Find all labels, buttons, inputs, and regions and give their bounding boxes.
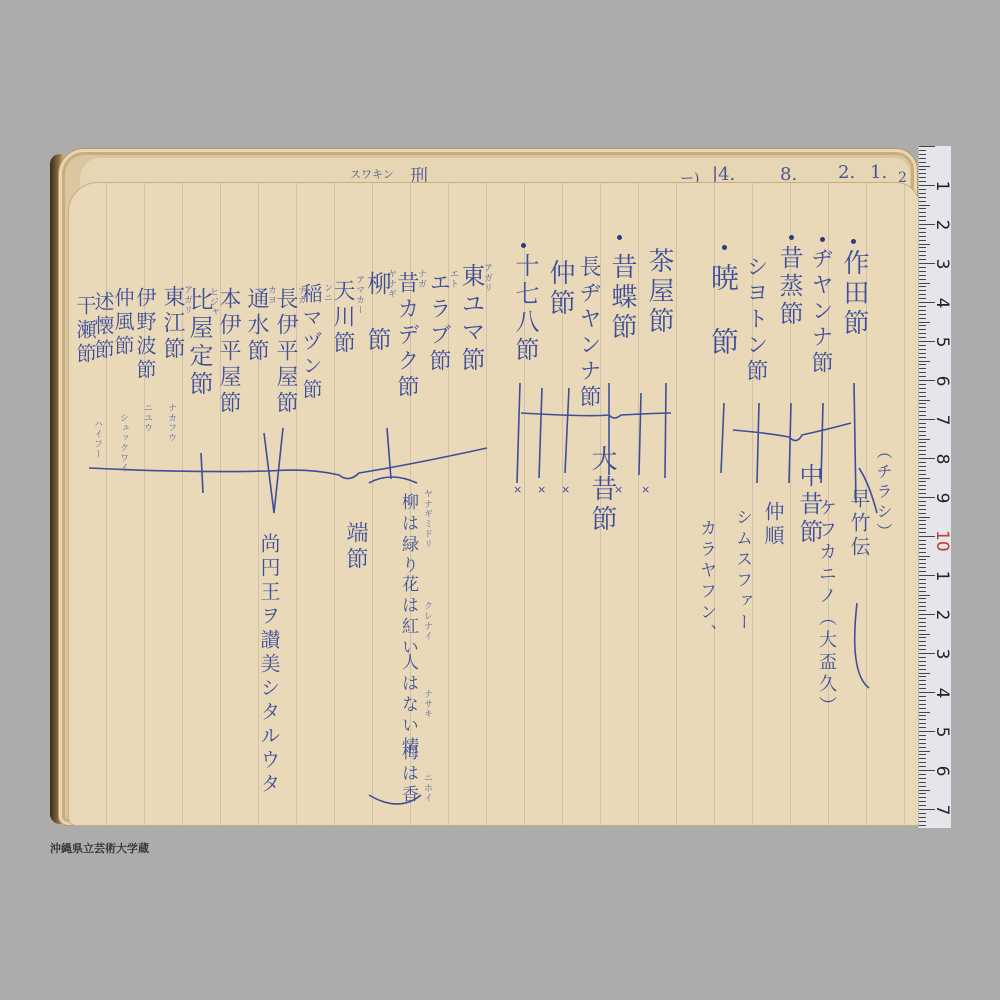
bullet-dot (789, 235, 794, 240)
ruler-tick (919, 610, 926, 611)
ruler-tick (919, 778, 926, 779)
ruler-tick (919, 220, 926, 221)
song-note: カラヤフン、 (697, 519, 714, 645)
ruler-tick (919, 805, 926, 806)
ruler-tick (919, 232, 926, 233)
ruler-number: 4 (932, 296, 952, 310)
ruby-reading: ナガ (415, 269, 428, 289)
ruler-tick (919, 283, 930, 284)
x-mark: × (513, 483, 522, 496)
ruler-tick (919, 146, 935, 147)
ruler-tick (919, 517, 930, 518)
ruler-tick (919, 450, 926, 451)
ruler-tick (919, 271, 926, 272)
ruler-tick (919, 173, 926, 174)
ruler-number: 6 (932, 374, 952, 388)
ruler-number: 1 (932, 179, 952, 193)
song-title: 昔蝶節 (609, 253, 635, 343)
song-title: エラブ節 (427, 271, 449, 375)
ruler-tick (919, 478, 930, 479)
ruler-tick (919, 353, 926, 354)
ruler-tick (919, 208, 926, 209)
ruler-tick (919, 708, 926, 709)
ruby-reading: エト (447, 269, 460, 289)
ruler-number: 4 (932, 686, 952, 700)
ruler-tick (919, 162, 926, 163)
notebook-page: 作田節 ヂヤンナ節 昔蒸節 シヨトン節 暁 節 中昔節 早竹伝 ケフカニノ（大盃… (68, 182, 920, 826)
top-number-3: 2. (838, 162, 855, 183)
ruler-tick (919, 754, 926, 755)
ruler-tick (919, 825, 926, 826)
ruler-tick (919, 427, 926, 428)
bullet-dot (722, 245, 727, 250)
ruler-tick (919, 485, 926, 486)
ruler-tick (919, 294, 926, 295)
ruler-tick (919, 466, 926, 467)
ruler-tick (919, 205, 930, 206)
bullet-dot (617, 235, 622, 240)
ruler-number: 3 (932, 257, 952, 271)
ruler-tick (919, 680, 926, 681)
ruler-tick (919, 349, 926, 350)
ruler-tick (919, 505, 926, 506)
song-title: 本伊平屋節 (217, 287, 239, 417)
ruler-tick (919, 236, 926, 237)
song-title: 長伊平屋節 (274, 287, 296, 417)
x-mark: × (641, 483, 650, 496)
bullet-dot (851, 239, 856, 244)
ruby-reading: ナガ (295, 285, 308, 305)
ruler-tick (919, 216, 926, 217)
ruler-tick (919, 431, 926, 432)
ruler-tick (919, 762, 926, 763)
ruler-tick (919, 595, 930, 596)
ruler-number: 2 (932, 608, 952, 622)
song-title: 伊野波節 (135, 287, 155, 383)
ruler-tick (919, 400, 930, 401)
ruler-tick (919, 286, 926, 287)
ruler-tick (919, 392, 926, 393)
ruler-tick (919, 563, 926, 564)
song-title: 長ヂヤンナ節 (577, 255, 599, 411)
ruby-reading: ヤナギ (385, 269, 398, 299)
ruler-tick (919, 150, 926, 151)
ruler-tick (919, 325, 926, 326)
ruler-tick (919, 376, 926, 377)
ruler-tick (919, 552, 926, 553)
top-number-4: 1. (870, 162, 887, 183)
ruler-tick (919, 384, 926, 385)
ruler-number: 2 (932, 218, 952, 232)
ruler-tick (919, 817, 926, 818)
song-title: 東江節 (161, 285, 183, 363)
ruler-tick (919, 177, 926, 178)
ruler-tick (919, 618, 926, 619)
ruler-tick (919, 637, 926, 638)
ruler-tick (919, 821, 926, 822)
ruby-reading: アガリ (181, 285, 194, 315)
ruler-tick (919, 310, 926, 311)
ruler-number: 5 (932, 725, 952, 739)
ruler-tick (919, 158, 926, 159)
song-note: ケフカニノ（大盃久） (817, 498, 835, 718)
ruler-tick (919, 559, 926, 560)
ruler-number: 5 (932, 335, 952, 349)
lyric-line: 花は紅い (399, 575, 416, 659)
ruler-tick (919, 758, 926, 759)
ruler-tick (919, 727, 926, 728)
branch-note: 尚円王ヲ讃美シタルウタ (259, 533, 279, 797)
ruler-tick (919, 583, 926, 584)
ruler-tick (919, 567, 926, 568)
ruler-tick (919, 357, 926, 358)
ruler-tick (919, 622, 926, 623)
ruler-tick (919, 251, 926, 252)
lyric-line: 柳は緑り (399, 493, 416, 577)
ruby-reading: アマカー (353, 275, 366, 315)
group-label: 大昔節 (589, 445, 615, 535)
ruler-tick (919, 462, 926, 463)
notebook-photo: スワキン 刑 ー) |4. 8. 2. 1. 2 (50, 146, 950, 828)
ruler-tick (919, 314, 926, 315)
top-note-left: スワキン (350, 166, 394, 182)
ruler-tick (919, 193, 926, 194)
ruler-tick (919, 696, 926, 697)
ruler-tick (919, 634, 930, 635)
ruler-tick (919, 700, 926, 701)
ruler-tick (919, 657, 926, 658)
ruler-tick (919, 665, 926, 666)
ruler-tick (919, 279, 926, 280)
ruler-tick (919, 435, 926, 436)
ruler-tick (919, 267, 926, 268)
ruler-number: 7 (932, 413, 952, 427)
ruler-tick (919, 201, 926, 202)
song-title: 十七八節 (513, 253, 537, 365)
ruler-tick (919, 751, 930, 752)
ruler-tick (919, 715, 926, 716)
ruler-tick (919, 661, 926, 662)
ruler-tick (919, 470, 926, 471)
ruler-tick (919, 244, 930, 245)
ruler-tick (919, 442, 926, 443)
ruler-tick (919, 673, 930, 674)
ruler-tick (919, 688, 926, 689)
song-title: 干瀬節 (75, 295, 95, 367)
ruler-tick (919, 719, 926, 720)
ruby-reading: ナカフウ (165, 403, 178, 443)
ruler-tick (919, 676, 926, 677)
song-note: 仲順 (763, 501, 783, 549)
ruler-tick (919, 786, 926, 787)
ruler-tick (919, 548, 926, 549)
ruler-tick (919, 368, 926, 369)
measurement-ruler: 123456789101234567 (918, 146, 951, 828)
song-title: 仲風節 (113, 287, 133, 359)
ruler-tick (919, 556, 930, 557)
ruler-tick (919, 407, 926, 408)
x-mark: × (561, 483, 570, 496)
ruler-tick (919, 240, 926, 241)
ruler-tick (919, 598, 926, 599)
ruler-tick (919, 801, 926, 802)
ruby-reading: クレナイ (421, 601, 434, 641)
ruler-tick (919, 540, 926, 541)
ruler-tick (919, 544, 926, 545)
ruler-tick (919, 396, 926, 397)
lyric-line: 梅は香 (399, 743, 416, 806)
paren-note: （チラシ） (875, 443, 891, 543)
ruler-tick (919, 298, 926, 299)
ruler-number: 6 (932, 764, 952, 778)
x-mark: × (614, 483, 623, 496)
ruler-tick (919, 474, 926, 475)
ruler-tick (919, 501, 926, 502)
ruler-tick (919, 372, 926, 373)
ruler-tick (919, 247, 926, 248)
ruby-reading: カヨ (265, 285, 278, 305)
ruby-reading: ハイフー (91, 419, 104, 459)
ruby-reading: ヒジャ (207, 287, 220, 317)
ruler-tick (919, 255, 926, 256)
ruler-tick (919, 197, 926, 198)
ruler-number: 7 (932, 803, 952, 817)
ruler-tick (919, 388, 926, 389)
branch-label: 端節 (344, 521, 366, 573)
ruler-tick (919, 735, 926, 736)
ruler-tick (919, 712, 930, 713)
ruler-tick (919, 684, 926, 685)
song-title: 仲節 (547, 259, 573, 319)
ruler-tick (919, 520, 926, 521)
ruler-tick (919, 423, 926, 424)
collection-caption: 沖縄県立芸術大学蔵 (50, 840, 149, 856)
ruler-tick (919, 345, 926, 346)
ruby-reading: ニホイ (421, 773, 434, 803)
ruler-tick (919, 813, 926, 814)
song-title: 昔蒸節 (777, 245, 801, 329)
ruler-tick (919, 790, 930, 791)
ruler-tick (919, 403, 926, 404)
ruler-tick (919, 415, 926, 416)
ruler-tick (919, 166, 930, 167)
song-title: シヨトン節 (744, 255, 766, 385)
ruler-tick (919, 446, 926, 447)
ruler-tick (919, 322, 930, 323)
ruler-tick (919, 337, 926, 338)
ruler-tick (919, 747, 926, 748)
song-title: 昔カデク節 (395, 271, 417, 401)
ruler-tick (919, 669, 926, 670)
ruby-reading: ミドリ (421, 519, 434, 549)
song-title: 作田節 (841, 249, 867, 339)
ruler-tick (919, 189, 926, 190)
ruby-reading: ンニ (321, 283, 334, 303)
bullet-dot (521, 243, 526, 248)
song-title: ヂヤンナ節 (809, 247, 831, 377)
ruler-tick (919, 509, 926, 510)
x-mark: × (537, 483, 546, 496)
ruby-reading: ナサキ (421, 689, 434, 719)
ruler-tick (919, 602, 926, 603)
ruler-number: 1 (932, 569, 952, 583)
ruler-tick (919, 513, 926, 514)
ruler-number: 9 (932, 491, 952, 505)
ruler-tick (919, 318, 926, 319)
ruler-tick (919, 743, 926, 744)
song-note: 早竹伝 (849, 488, 869, 560)
ruler-tick (919, 793, 926, 794)
ruler-number: 3 (932, 647, 952, 661)
ruler-tick (919, 587, 926, 588)
ruler-tick (919, 454, 926, 455)
ruler-number: 10 (932, 530, 952, 544)
song-title: 東ユマ節 (459, 263, 483, 375)
ruler-tick (919, 774, 926, 775)
ruby-reading: シュックワイ (117, 413, 130, 473)
ruler-tick (919, 329, 926, 330)
ruler-tick (919, 439, 930, 440)
ruler-tick (919, 524, 926, 525)
ruler-tick (919, 259, 926, 260)
ruler-tick (919, 704, 926, 705)
ruler-tick (919, 571, 926, 572)
ruler-tick (919, 645, 926, 646)
song-title: 茶屋節 (646, 247, 672, 337)
ruler-tick (919, 333, 926, 334)
ruler-tick (919, 591, 926, 592)
ruler-tick (919, 579, 926, 580)
ruler-tick (919, 641, 926, 642)
ruler-tick (919, 782, 926, 783)
ruler-tick (919, 489, 926, 490)
ruler-tick (919, 797, 926, 798)
bullet-dot (820, 237, 825, 242)
ruler-tick (919, 154, 926, 155)
ruler-tick (919, 411, 926, 412)
ruler-tick (919, 493, 926, 494)
ruler-tick (919, 275, 926, 276)
ruler-tick (919, 528, 926, 529)
ruler-tick (919, 290, 926, 291)
ruler-tick (919, 649, 926, 650)
ruler-tick (919, 181, 926, 182)
song-note: シムスファー (733, 508, 750, 634)
song-title: 天川節 (331, 279, 353, 357)
ruler-tick (919, 169, 926, 170)
ruler-tick (919, 306, 926, 307)
ruler-tick (919, 723, 926, 724)
ruler-tick (919, 212, 926, 213)
ruler-tick (919, 766, 926, 767)
ruler-tick (919, 481, 926, 482)
ruler-tick (919, 228, 926, 229)
ruler-tick (919, 361, 930, 362)
ruby-reading: ニユウ (141, 403, 154, 433)
ruler-tick (919, 364, 926, 365)
ruler-number: 8 (932, 452, 952, 466)
ruby-reading: アガリ (481, 263, 494, 293)
ruler-tick (919, 606, 926, 607)
song-title: 通水節 (245, 287, 267, 365)
ruler-tick (919, 532, 926, 533)
ruler-tick (919, 626, 926, 627)
ruby-reading: ヤナギ (421, 489, 434, 519)
song-title: 暁 節 (709, 263, 737, 359)
ruler-tick (919, 739, 926, 740)
ruler-tick (919, 630, 926, 631)
